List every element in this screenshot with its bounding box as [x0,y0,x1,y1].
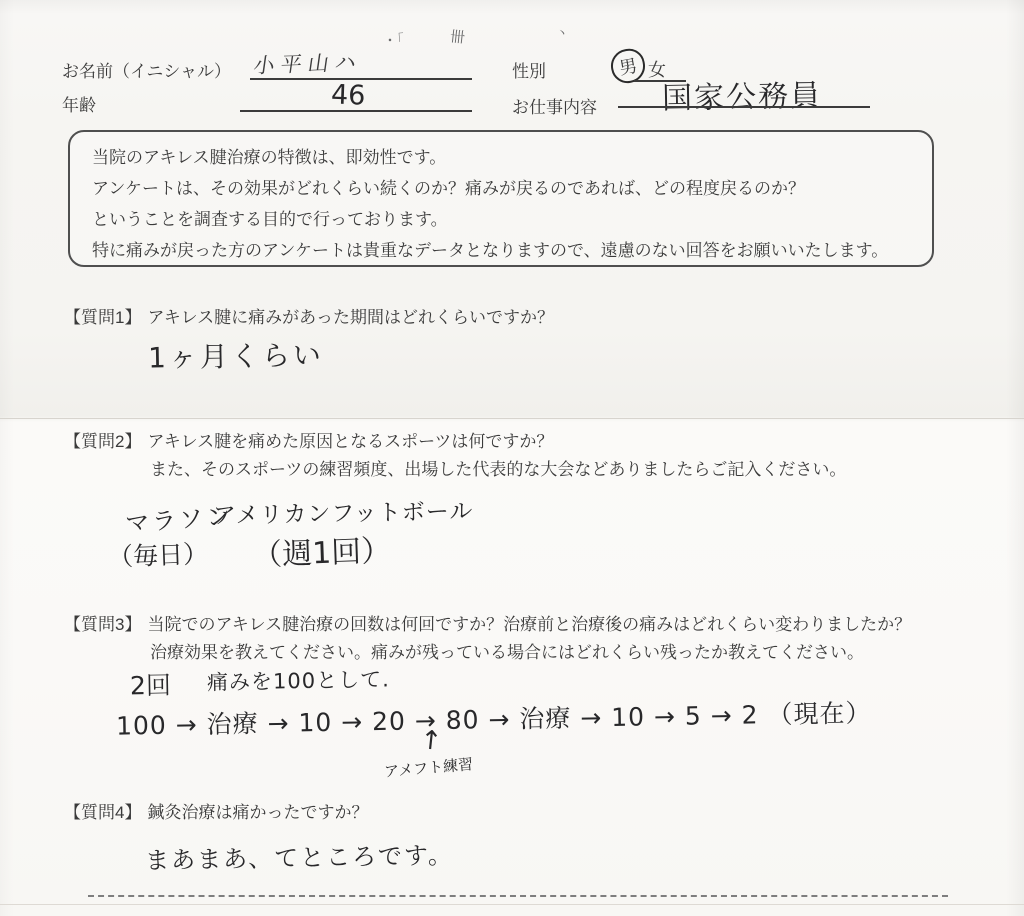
age-handwriting-value: 46 [330,79,365,111]
bottom-scan-edge-line [0,904,1024,905]
notice-line: 特に痛みが戻った方のアンケートは貴重なデータとなりますので、遠慮のない回答をお願… [92,235,912,266]
notice-box: 当院のアキレス腱治療の特徴は、即効性です。 アンケートは、その効果がどれくらい続… [68,130,934,267]
question-4-text: 鍼灸治療は痛かったですか？ [147,803,368,822]
gender-field-label: 性別 [512,57,546,82]
question-2: 【質問2】アキレス腱を痛めた原因となるスポーツは何ですか？ [64,427,553,452]
job-field-label: お仕事内容 [512,93,597,118]
question-3-answer-scale-handwriting: 痛みを100として. [207,663,390,696]
handwriting-stray-mark: 卌 [449,25,466,47]
age-field-label: 年齢 [62,91,96,116]
age-field-underline [240,110,472,112]
name-field-label: お名前（イニシャル） [62,57,231,82]
up-arrow-annotation-icon: ↑ [418,725,443,757]
bottom-dashed-cut-line [88,895,948,897]
handwriting-stray-mark: ・「 [382,29,404,50]
notice-line: アンケートは、その効果がどれくらい続くのか？痛みが戻るのであれば、どの程度戻るの… [92,173,912,204]
question-3-annotation-handwriting: アメフト練習 [383,753,474,782]
question-3: 【質問3】当院でのアキレス腱治療の回数は何回ですか？治療前と治療後の痛みはどれく… [64,610,911,635]
handwriting-stray-mark: 丶 [556,24,568,41]
question-1-label: 【質問1】 [64,308,141,327]
question-2-answer-sport2-handwriting: アメリカンフットボール [213,493,474,531]
question-2-answer-freq1-handwriting: （毎日） [107,534,208,573]
question-2-answer-freq2-handwriting: （週1回） [251,526,392,575]
question-1-text: アキレス腱に痛みがあった期間はどれくらいですか？ [147,308,553,327]
scanned-questionnaire-page: お名前（イニシャル） ・「 卌 丶 小平山ハ 性別 男 女 年齢 46 お仕事内… [0,0,1024,916]
question-3-text: 当院でのアキレス腱治療の回数は何回ですか？治療前と治療後の痛みはどれくらい変わり… [147,615,911,634]
name-handwriting-value: 小平山ハ [252,46,365,80]
question-3-text2: 治療効果を教えてください。痛みが残っている場合にはどれくらい残ったか教えてくださ… [150,638,864,663]
question-1-answer-handwriting: 1ヶ月くらい [148,333,324,376]
scan-seam-line [0,418,1024,419]
question-4-answer-handwriting: まあまあ、てところです。 [145,835,454,875]
notice-line: ということを調査する目的で行っております。 [92,204,912,235]
question-3-answer-count-handwriting: 2回 [130,666,172,703]
question-4-label: 【質問4】 [64,803,141,822]
job-field-underline [618,106,870,108]
question-3-label: 【質問3】 [64,615,141,634]
question-2-text: アキレス腱を痛めた原因となるスポーツは何ですか？ [147,432,553,451]
question-4: 【質問4】鍼灸治療は痛かったですか？ [64,798,368,823]
question-2-text2: また、そのスポーツの練習頻度、出場した代表的な大会などありましたらご記入ください… [150,455,846,480]
job-handwriting-value: 国家公務員 [662,71,823,118]
question-2-label: 【質問2】 [64,432,141,451]
question-3-pain-sequence-handwriting: 100 → 治療 → 10 → 20 → 80 → 治療 → 10 → 5 → … [116,693,872,742]
notice-line: 当院のアキレス腱治療の特徴は、即効性です。 [92,142,912,173]
question-1: 【質問1】アキレス腱に痛みがあった期間はどれくらいですか？ [64,303,554,328]
